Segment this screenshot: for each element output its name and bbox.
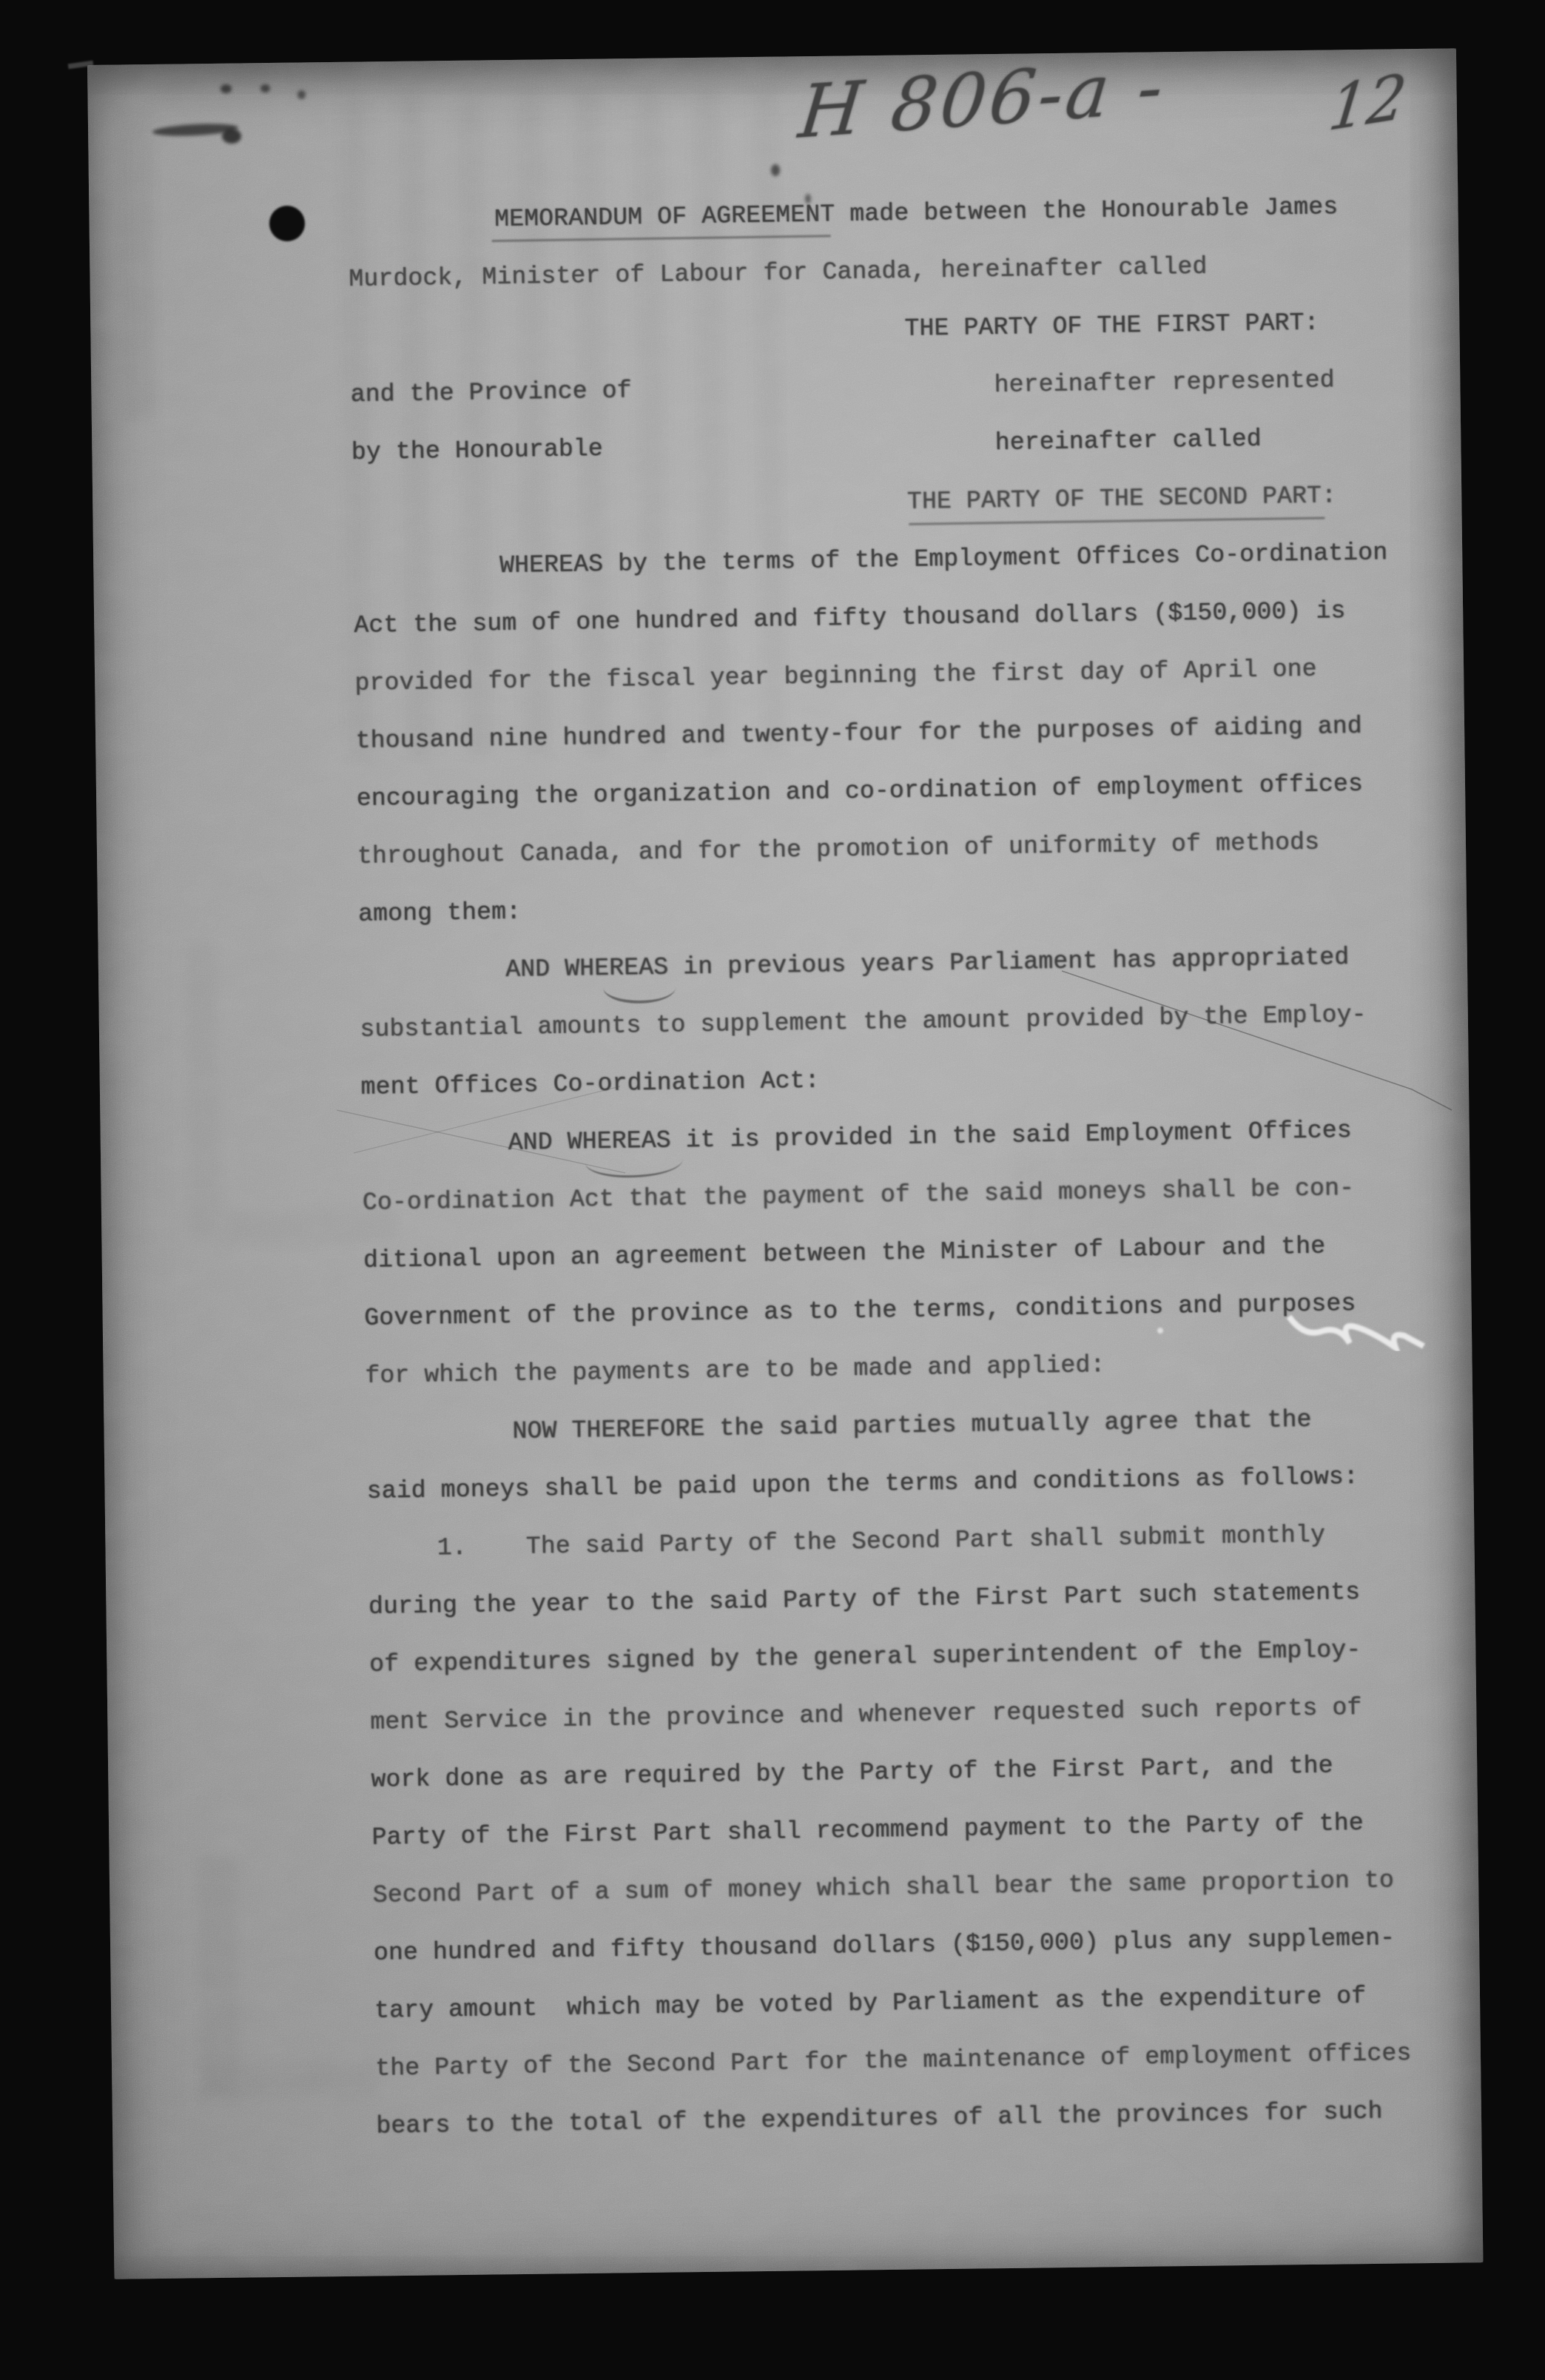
typed-line: during the year to the said Party of the…	[368, 1580, 1361, 1619]
typed-underline	[492, 235, 831, 242]
typed-line: tary amount which may be voted by Parlia…	[374, 1984, 1367, 2023]
typed-line: bears to the total of the expenditures o…	[376, 2100, 1383, 2139]
typed-line: ditional upon an agreement between the M…	[363, 1234, 1326, 1273]
typed-line: provided for the fiscal year beginning t…	[354, 657, 1317, 696]
typed-line: by the Honourable	[351, 437, 604, 465]
ink-smudge	[221, 84, 232, 93]
typed-line: hereinafter called	[995, 427, 1262, 455]
typed-line: ment Service in the province and wheneve…	[370, 1695, 1362, 1735]
typed-line: said moneys shall be paid upon the terms…	[366, 1465, 1359, 1504]
typed-line: work done as are required by the Party o…	[371, 1753, 1333, 1792]
typed-line: THE PARTY OF THE FIRST PART:	[904, 311, 1319, 341]
typed-line: substantial amounts to supplement the am…	[360, 1003, 1367, 1042]
typed-line: among them:	[358, 900, 522, 927]
ink-smudge	[260, 84, 270, 93]
ink-smudge	[805, 194, 811, 204]
typed-line: Co-ordination Act that the payment of th…	[363, 1176, 1355, 1215]
typed-line: Party of the First Part shall recommend …	[371, 1811, 1364, 1850]
typed-line: 1. The said Party of the Second Part sha…	[437, 1523, 1326, 1561]
typed-underline	[909, 517, 1324, 525]
typed-line: one hundred and fifty thousand dollars (…	[374, 1926, 1396, 1965]
typed-line: encouraging the organization and co-ordi…	[357, 772, 1364, 811]
typed-line: THE PARTY OF THE SECOND PART:	[907, 483, 1337, 514]
typed-line: for which the payments are to be made an…	[365, 1353, 1105, 1388]
ink-smudge	[297, 90, 306, 99]
typed-line: and the Province of	[350, 378, 632, 407]
typed-line: throughout Canada, and for the promotion…	[357, 830, 1320, 869]
scanned-document-page: MEMORANDUM OF AGREEMENT made between the…	[0, 0, 1545, 2380]
typed-line: AND WHEREAS it is provided in the said E…	[508, 1118, 1352, 1155]
typed-line: thousand nine hundred and twenty-four fo…	[355, 714, 1362, 753]
typed-line: NOW THEREFORE the said parties mutually …	[512, 1408, 1312, 1444]
handwritten-page-number: 12	[1325, 61, 1410, 145]
typed-line: MEMORANDUM OF AGREEMENT made between the…	[494, 195, 1339, 232]
typed-line: AND WHEREAS in previous years Parliament…	[505, 945, 1350, 982]
ink-smudge	[771, 164, 780, 176]
typed-line: of expenditures signed by the general su…	[369, 1638, 1361, 1677]
typed-line: hereinafter represented	[994, 368, 1335, 397]
typed-line: Government of the province as to the ter…	[364, 1291, 1356, 1331]
typed-line: ment Offices Co-ordination Act:	[360, 1069, 820, 1100]
typed-line: the Party of the Second Part for the mai…	[375, 2041, 1412, 2081]
typed-line: WHEREAS by the terms of the Employment O…	[499, 540, 1388, 578]
ink-smudge	[222, 129, 241, 144]
hole-punch	[269, 206, 305, 241]
typed-line: Second Part of a sum of money which shal…	[373, 1868, 1395, 1907]
typed-line: Murdock, Minister of Labour for Canada, …	[349, 255, 1208, 292]
typed-line: Act the sum of one hundred and fifty tho…	[354, 599, 1346, 638]
typed-text-block: MEMORANDUM OF AGREEMENT made between the…	[0, 0, 1545, 2380]
